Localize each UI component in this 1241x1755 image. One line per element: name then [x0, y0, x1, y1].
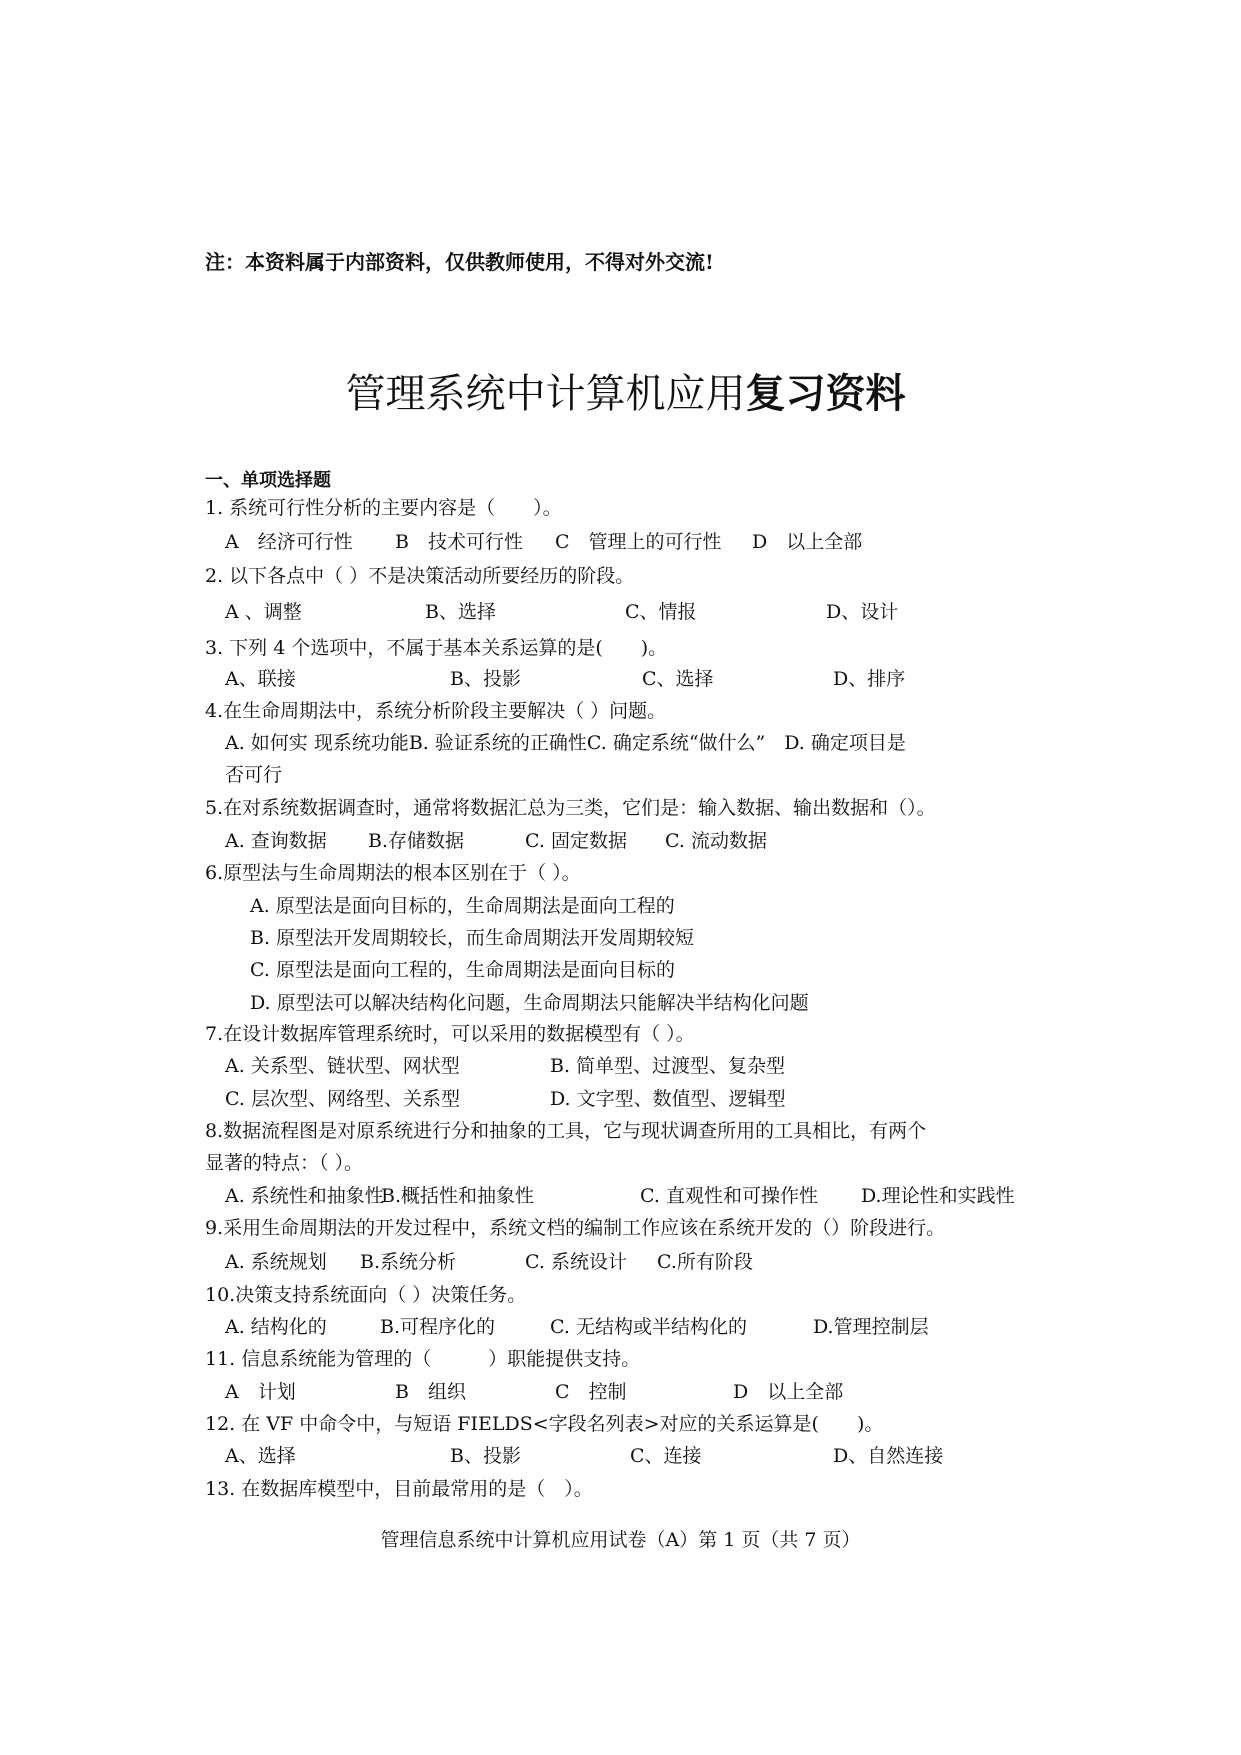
- option: D、设计: [826, 600, 898, 624]
- option: C. 层次型、网络型、关系型: [225, 1087, 460, 1111]
- option: D、自然连接: [833, 1444, 943, 1468]
- option: B.概括性和抽象性: [381, 1184, 534, 1208]
- option: B、投影: [450, 667, 521, 691]
- page-title: 管理系统中计算机应用复习资料: [0, 362, 1241, 419]
- question-stem: 8.数据流程图是对原系统进行分和抽象的工具，它与现状调查所用的工具相比，有两个: [205, 1119, 926, 1143]
- option: A 经济可行性: [225, 530, 353, 554]
- option: A. 原型法是面向目标的，生命周期法是面向工程的: [250, 894, 675, 918]
- option: C 控制: [555, 1380, 627, 1404]
- question-stem: 9.采用生命周期法的开发过程中，系统文档的编制工作应该在系统开发的（）阶段进行。: [205, 1216, 945, 1240]
- option: C、情报: [625, 600, 697, 624]
- option: A、选择: [225, 1444, 296, 1468]
- option: C. 无结构或半结构化的: [550, 1315, 747, 1339]
- option: A. 系统规划: [225, 1250, 327, 1274]
- question-stem: 7.在设计数据库管理系统时，可以采用的数据模型有（ ）。: [205, 1022, 695, 1046]
- option: D.管理控制层: [813, 1315, 929, 1339]
- option: A. 关系型、链状型、网状型: [225, 1054, 460, 1078]
- option: B. 原型法开发周期较长，而生命周期法开发周期较短: [250, 926, 694, 950]
- option: D.理论性和实践性: [861, 1184, 1015, 1208]
- title-normal-part: 管理系统中计算机应用: [336, 371, 746, 417]
- question-stem: 10.决策支持系统面向（ ）决策任务。: [205, 1283, 526, 1307]
- section-heading: 一、单项选择题: [205, 466, 331, 492]
- internal-use-notice: 注：本资料属于内部资料，仅供教师使用，不得对外交流!: [205, 246, 714, 275]
- options-continuation: 否可行: [225, 763, 282, 787]
- option: A. 结构化的: [225, 1315, 327, 1339]
- question-stem: 13. 在数据库模型中，目前最常用的是（ ）。: [205, 1477, 593, 1501]
- option: C. 固定数据: [525, 829, 627, 853]
- question-stem: 6.原型法与生命周期法的根本区别在于（ ）。: [205, 861, 581, 885]
- option: C.所有阶段: [657, 1250, 753, 1274]
- question-stem-continuation: 显著的特点：（ ）。: [205, 1151, 363, 1175]
- option: B.可程序化的: [380, 1315, 495, 1339]
- option: C. 直观性和可操作性: [640, 1184, 818, 1208]
- option: A、联接: [225, 667, 296, 691]
- option: C. 流动数据: [665, 829, 767, 853]
- option: B 技术可行性: [395, 530, 523, 554]
- option: C、连接: [630, 1444, 702, 1468]
- option: D、排序: [833, 667, 905, 691]
- option: D. 原型法可以解决结构化问题，生命周期法只能解决半结构化问题: [250, 991, 809, 1015]
- question-stem: 3. 下列 4 个选项中，不属于基本关系运算的是( )。: [205, 636, 667, 660]
- option: A. 系统性和抽象性: [225, 1184, 384, 1208]
- option: D 以上全部: [752, 530, 862, 554]
- option: D. 文字型、数值型、逻辑型: [550, 1087, 786, 1111]
- option: C. 原型法是面向工程的，生命周期法是面向目标的: [250, 958, 675, 982]
- option: C 管理上的可行性: [555, 530, 722, 554]
- option: C、选择: [642, 667, 714, 691]
- question-stem: 5.在对系统数据调查时，通常将数据汇总为三类，它们是：输入数据、输出数据和（）。: [205, 796, 936, 820]
- option: A 计划: [225, 1380, 296, 1404]
- document-page: 注：本资料属于内部资料，仅供教师使用，不得对外交流! 管理系统中计算机应用复习资…: [0, 0, 1241, 1755]
- question-stem: 1. 系统可行性分析的主要内容是（ ）。: [205, 496, 562, 520]
- option: B. 简单型、过渡型、复杂型: [550, 1054, 785, 1078]
- option: B.存储数据: [368, 829, 464, 853]
- option: B.系统分析: [360, 1250, 456, 1274]
- question-stem: 11. 信息系统能为管理的（ ）职能提供支持。: [205, 1347, 640, 1371]
- question-stem: 12. 在 VF 中命令中，与短语 FIELDS<字段名列表>对应的关系运算是(…: [205, 1412, 883, 1436]
- option: A 、调整: [225, 600, 302, 624]
- option: B、投影: [450, 1444, 521, 1468]
- question-stem: 2. 以下各点中（ ）不是决策活动所要经历的阶段。: [205, 564, 634, 588]
- option: B 组织: [395, 1380, 466, 1404]
- option: B、选择: [425, 600, 496, 624]
- options-row: A. 如何实 现系统功能B. 验证系统的正确性C. 确定系统“做什么” D. 确…: [225, 731, 906, 755]
- question-stem: 4.在生命周期法中，系统分析阶段主要解决（ ）问题。: [205, 699, 666, 723]
- page-footer: 管理信息系统中计算机应用试卷（A）第 1 页（共 7 页）: [0, 1525, 1241, 1552]
- option: A. 查询数据: [225, 829, 327, 853]
- option: C. 系统设计: [525, 1250, 627, 1274]
- title-bold-part: 复习资料: [746, 370, 906, 417]
- option: D 以上全部: [733, 1380, 843, 1404]
